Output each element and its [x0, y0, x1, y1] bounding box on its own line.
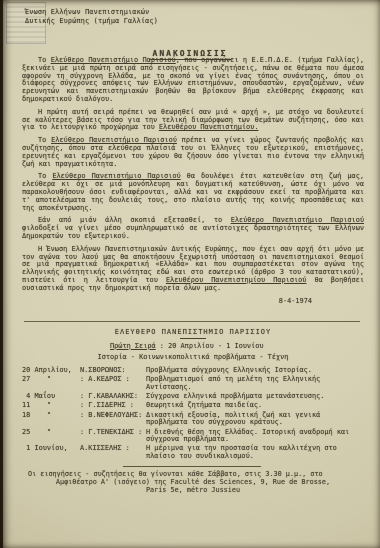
row-date: 20 Απριλίου, [22, 367, 80, 375]
program-section: ΕΛΕΥΘΕΡΟ ΠΑΝΕΠΙΣΤΗΜΙΟ ΠΑΡΙΣΙΟΥ Πρώτη Σει… [22, 329, 364, 462]
row-date: 25 " [22, 429, 80, 444]
program-heading: ΕΛΕΥΘΕΡΟ ΠΑΝΕΠΙΣΤΗΜΙΟ ΠΑΡΙΣΙΟΥ [22, 329, 364, 337]
row-topic: Προβληματισμοί από τη μελέτη της Ελληνικ… [146, 376, 364, 391]
row-topic: Σύγχρονα ελληνικά προβλήματα μετανάστευσ… [146, 393, 364, 401]
paragraph-5: Εάν από μιάν άλλη σκοπιά εξετασθεί, το Ε… [22, 217, 364, 240]
row-speaker: : Γ.ΣΙΔΕΡΗΣ : [80, 402, 146, 410]
document-date: 8-4-1974 [22, 298, 312, 306]
paragraph-2: Η πρώτη αυτή σειρά πρέπει να θεωρηθεί σα… [22, 109, 364, 132]
letterhead-line1: Ένωση Ελλήνων Πανεπιστημιακών [25, 8, 158, 17]
paragraph-text: Το [38, 136, 51, 144]
row-date: 4 Μαΐου [22, 393, 80, 401]
program-row-1: 20 Απριλίου,Ν.ΣΒΟΡΩΝΟΣ:Προβλήματα σύγχρο… [22, 367, 364, 375]
row-topic: Δικαστική εξουσία, πολιτική ζωή και γενι… [146, 412, 364, 427]
row-speaker: Α.ΚΙΣΣΕΛΗΣ : [80, 445, 146, 460]
scan-edge-shadow [0, 0, 3, 548]
paragraph-1: Το Ελεύθερο Πανεπιστήμιο Παρισιού, που ο… [22, 57, 364, 104]
scanned-document-page: Ένωση Ελλήνων Πανεπιστημιακών Δυτικής Ευ… [0, 0, 380, 548]
paragraph-6: Η Ένωση Ελλήνων Πανεπιστημιακών Δυτικής … [22, 246, 364, 293]
underlined-phrase: Ελεύθερο Πανεπιστήμιο Παρισιού [51, 56, 176, 64]
row-date: 1 Ιουνίου, [22, 445, 80, 460]
program-row-7: 1 Ιουνίου,Α.ΚΙΣΣΕΛΗΣ :Η μέριμνα για την … [22, 445, 364, 460]
paragraph-4: Το Ελεύθερο Πανεπιστήμιο Παρισιού θα δου… [22, 173, 364, 212]
row-speaker: : Β.ΝΕΦΕΛΟΥΔΗΣ: [80, 412, 146, 427]
program-row-6: 25 ": Γ.ΤΕΝΕΚΙΔΗΣ :Η διεθνής θέση της Ελ… [22, 429, 364, 444]
row-speaker: : Γ.ΤΕΝΕΚΙΔΗΣ : [80, 429, 146, 444]
row-date: 27 " [22, 376, 80, 391]
footnote-separator [123, 466, 261, 467]
row-topic: Θεωρητικά ζητήματα παιδείας. [146, 402, 364, 410]
letterhead-line2: Δυτικής Ευρώπης (τμήμα Γαλλίας) [25, 17, 158, 26]
series-range: : 20 Απριλίου - 1 Ιουνίου [156, 342, 264, 350]
program-row-3: 4 Μαΐου: Γ.ΚΑΒΑΛΑΚΗΣ:Σύγχρονα ελληνικά π… [22, 393, 364, 401]
row-topic: Η μέριμνα για την προστασία του καλλιτέχ… [146, 445, 364, 460]
program-rows: 20 Απριλίου,Ν.ΣΒΟΡΩΝΟΣ:Προβλήματα σύγχρο… [22, 367, 364, 461]
paragraph-3: Το Ελεύθερο Πανεπιστήμιο Παρισιού πρέπει… [22, 137, 364, 168]
underlined-phrase: Ελεύθερο Πανεπιστήμιο Παρισιού [51, 136, 177, 144]
series-line: Πρώτη Σειρά : 20 Απριλίου - 1 Ιουνίου [110, 343, 364, 351]
row-topic: Η διεθνής θέση της Ελλάδας. Ιστορική ανα… [146, 429, 364, 444]
letterhead: Ένωση Ελλήνων Πανεπιστημιακών Δυτικής Ευ… [25, 8, 158, 25]
series-label: Πρώτη Σειρά [110, 342, 156, 350]
underlined-phrase: Ελευθέρου Πανεπιστημίου Παρισιού [166, 276, 307, 284]
program-subtitle: Ιστορία - Κοινωνικοπολιτικά προβλήματα -… [22, 354, 364, 362]
paragraph-text: φιλοδοξεί να γίνει μέσο συμπληρωματικό σ… [22, 224, 364, 240]
footnote-line3: Paris 5e, métro Jussieu [24, 487, 362, 495]
program-row-2: 27 ": Α.ΚΕΔΡΟΣ :Προβληματισμοί από τη με… [22, 376, 364, 391]
heading-underline [180, 338, 206, 339]
footnote: Οι εισηγήσεις - συζητήσεις θα γίνονται κ… [24, 471, 362, 494]
program-row-4: 11 ": Γ.ΣΙΔΕΡΗΣ :Θεωρητικά ζητήματα παιδ… [22, 402, 364, 410]
row-date: 11 " [22, 402, 80, 410]
body-paragraphs: Το Ελεύθερο Πανεπιστήμιο Παρισιού, που ο… [22, 57, 364, 305]
paragraph-text: , που οργανώνει η Ε.Ε.Π.Δ.Ε. (τμήμα Γαλλ… [22, 56, 364, 103]
row-speaker: : Α.ΚΕΔΡΟΣ : [80, 376, 146, 391]
row-date: 18 " [22, 412, 80, 427]
row-topic: Προβλήματα σύγχρονης Ελληνικής Ιστορίας. [146, 367, 364, 375]
row-speaker: Ν.ΣΒΟΡΩΝΟΣ: [80, 367, 146, 375]
row-speaker: : Γ.ΚΑΒΑΛΑΚΗΣ: [80, 393, 146, 401]
program-row-5: 18 ": Β.ΝΕΦΕΛΟΥΔΗΣ:Δικαστική εξουσία, πο… [22, 412, 364, 427]
horizontal-rule [24, 321, 360, 322]
paragraph-text: Το [38, 56, 51, 64]
underlined-phrase: Ελευθέρου Πανεπιστημίου. [159, 123, 259, 131]
